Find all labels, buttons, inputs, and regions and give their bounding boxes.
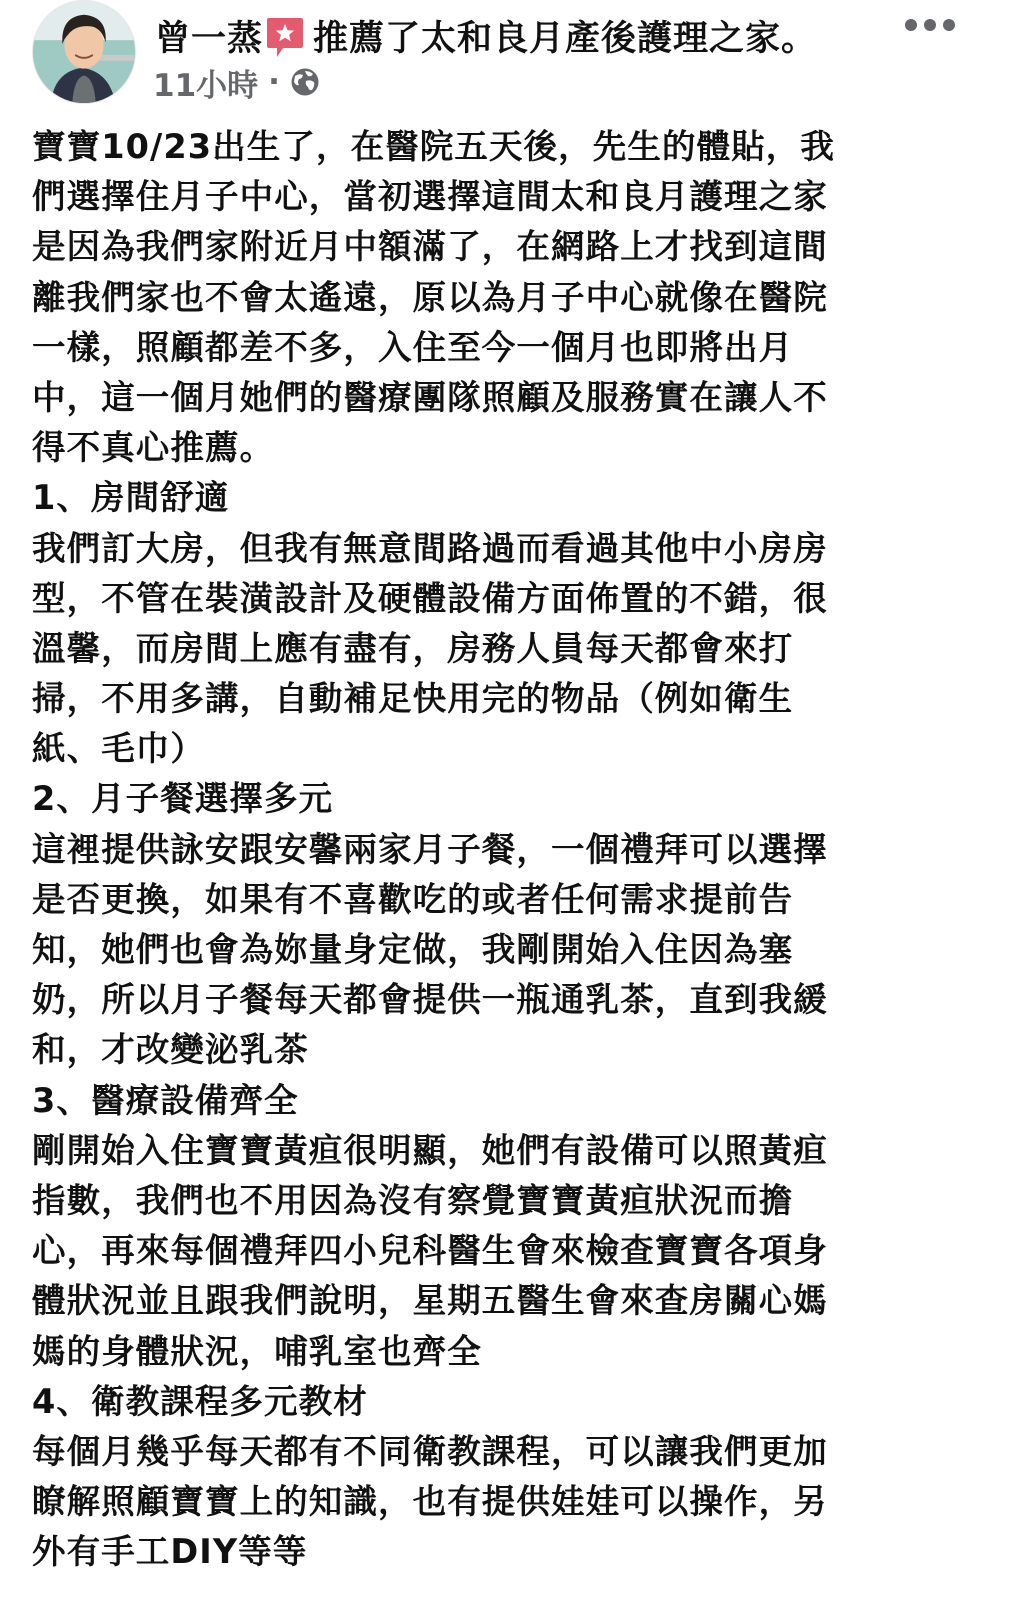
section-heading-medical: 3、醫療設備齊全	[32, 1076, 932, 1126]
post-text-line: 奶，所以月子餐每天都會提供一瓶通乳茶，直到我緩	[32, 975, 932, 1025]
post-text-line: 剛開始入住寶寶黃疸很明顯，她們有設備可以照黃疸	[32, 1126, 932, 1176]
more-horizontal-icon	[943, 19, 955, 31]
profile-photo-icon	[33, 1, 135, 103]
post-text-line: 紙、毛巾）	[32, 724, 932, 774]
recommendation-star-icon	[265, 16, 305, 60]
meta-separator: ·	[268, 64, 280, 100]
author-name[interactable]: 曾一蒸	[155, 11, 263, 61]
recommendation-text[interactable]: 推薦了太和良月產後護理之家。	[313, 11, 817, 61]
post-title-line: 曾一蒸 推薦了太和良月產後護理之家。	[155, 10, 817, 62]
post-text-line: 心，再來每個禮拜四小兒科醫生會來檢查寶寶各項身	[32, 1226, 932, 1276]
post-text-line: 這裡提供詠安跟安馨兩家月子餐，一個禮拜可以選擇	[32, 825, 932, 875]
post-text-line: 型，不管在裝潢設計及硬體設備方面佈置的不錯，很	[32, 574, 932, 624]
post-meta: 11小時 ·	[153, 62, 320, 102]
globe-icon[interactable]	[290, 67, 320, 97]
post-text-line: 中，這一個月她們的醫療團隊照顧及服務實在讓人不	[32, 373, 932, 423]
post-text-line: 溫馨，而房間上應有盡有，房務人員每天都會來打	[32, 624, 932, 674]
post-header: 曾一蒸 推薦了太和良月產後護理之家。 11小時 ·	[0, 0, 1011, 110]
more-options-button[interactable]	[905, 12, 955, 38]
post-text-line: 得不真心推薦。	[32, 423, 932, 473]
post-text-line: 我們訂大房，但我有無意間路過而看過其他中小房房	[32, 524, 932, 574]
post-timestamp[interactable]: 11小時	[153, 60, 258, 105]
post-text-line: 體狀況並且跟我們說明，星期五醫生會來查房關心媽	[32, 1276, 932, 1326]
post-text-line: 掃，不用多講，自動補足快用完的物品（例如衛生	[32, 674, 932, 724]
post-text-line: 每個月幾乎每天都有不同衛教課程，可以讓我們更加	[32, 1427, 932, 1477]
post-text-line: 知，她們也會為妳量身定做，我剛開始入住因為塞	[32, 925, 932, 975]
post-text-line: 是因為我們家附近月中額滿了，在網路上才找到這間	[32, 222, 932, 272]
post-text-line: 瞭解照顧寶寶上的知識，也有提供娃娃可以操作，另	[32, 1477, 932, 1527]
author-avatar[interactable]	[32, 0, 136, 104]
section-heading-meals: 2、月子餐選擇多元	[32, 774, 932, 824]
post-text-line: 指數，我們也不用因為沒有察覺寶寶黃疸狀況而擔	[32, 1176, 932, 1226]
post-text-line: 和，才改變泌乳茶	[32, 1025, 932, 1075]
post-text-line: 們選擇住月子中心，當初選擇這間太和良月護理之家	[32, 172, 932, 222]
post-text-line: 外有手工DIY等等	[32, 1527, 932, 1577]
section-heading-courses: 4、衛教課程多元教材	[32, 1377, 932, 1427]
post-text-line: 是否更換，如果有不喜歡吃的或者任何需求提前告	[32, 875, 932, 925]
post-text-line: 一樣，照顧都差不多，入住至今一個月也即將出月	[32, 323, 932, 373]
more-horizontal-icon	[924, 19, 936, 31]
post-text-line: 媽的身體狀況，哺乳室也齊全	[32, 1327, 932, 1377]
section-heading-room: 1、房間舒適	[32, 473, 932, 523]
post-text-line: 寶寶10/23出生了，在醫院五天後，先生的體貼，我	[32, 122, 932, 172]
post-body-text: 寶寶10/23出生了，在醫院五天後，先生的體貼，我 們選擇住月子中心，當初選擇這…	[32, 122, 932, 1577]
post-text-line: 離我們家也不會太遙遠，原以為月子中心就像在醫院	[32, 273, 932, 323]
more-horizontal-icon	[905, 19, 917, 31]
